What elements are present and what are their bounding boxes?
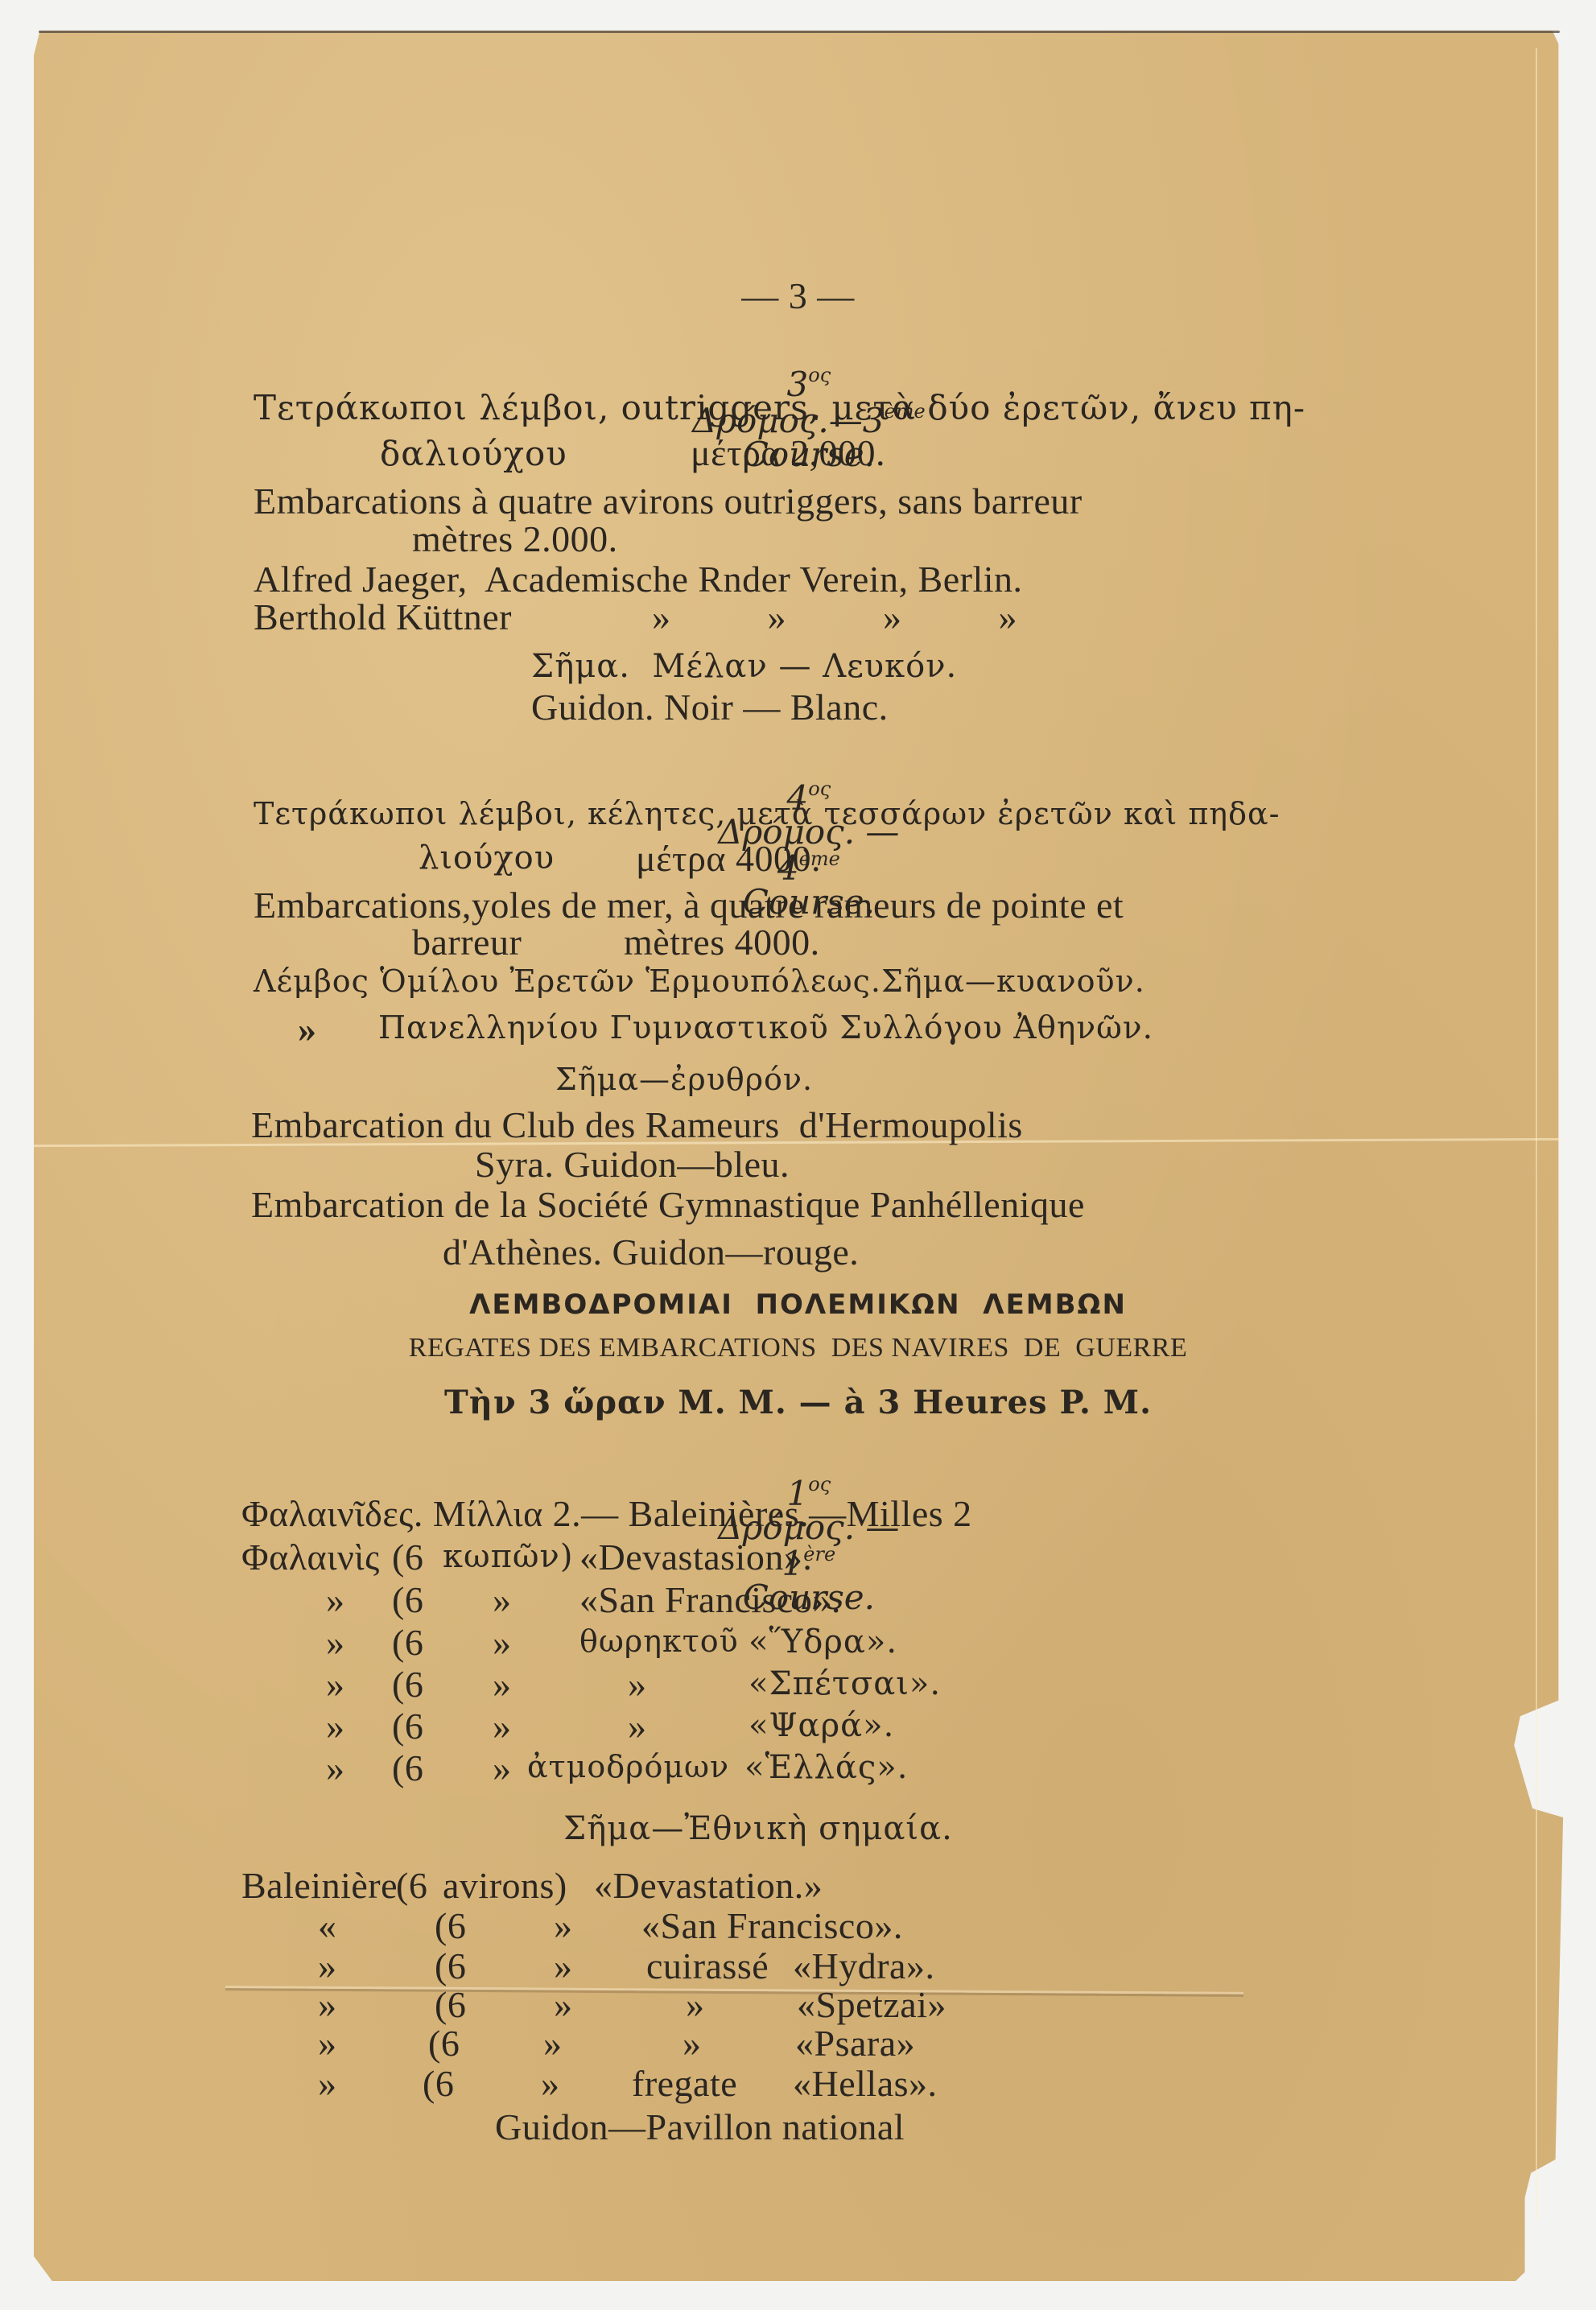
ordinal-suffix: ος — [808, 1473, 831, 1495]
entry-row-unit: κωπῶν) — [443, 1541, 573, 1573]
entry-row-vessel: «Hydra». — [793, 1948, 934, 1985]
entry-row-oars: (6 — [435, 1948, 466, 1985]
race4-entrant-1-french-cont: Syra. Guidon—bleu. — [475, 1146, 790, 1183]
entry-row-vessel: «Hellas». — [793, 2065, 938, 2102]
ditto-marks: » » » » — [652, 599, 1017, 636]
page-number: — 3 — — [0, 278, 1596, 315]
entry-row-unit: » — [493, 1708, 512, 1745]
ditto-mark: » — [298, 1011, 317, 1048]
entry-row-type: Φαλαινὶς — [241, 1539, 380, 1576]
warships-title-french: REGATES DES EMBARCATIONS DES NAVIRES DE … — [0, 1334, 1596, 1362]
entry-row-type: » — [326, 1708, 345, 1745]
entry-row-vessel: «Ἑλλάς». — [744, 1751, 908, 1784]
entry-row-unit: » — [554, 1948, 573, 1985]
entry-row-unit: » — [493, 1750, 512, 1787]
race4-distance-french: mètres 4000. — [624, 924, 820, 961]
paper-top-edge — [39, 31, 1560, 33]
race3-entrant-1: Alfred Jaeger, Academische Rnder Verein,… — [254, 561, 1023, 598]
entry-row-class: » — [628, 1708, 647, 1745]
race3-entrant-2: Berthold Küttner — [254, 599, 512, 636]
entry-row-oars: (6 — [435, 1908, 466, 1945]
entry-row-class: » — [628, 1666, 647, 1703]
warships-flag-greek: Σῆμα—Ἐθνικὴ σημαία. — [563, 1813, 953, 1845]
warships-title-greek: ΛΕΜΒΟΔΡΟΜΙΑΙ ΠΟΛΕΜΙΚΩΝ ΛΕΜΒΩΝ — [0, 1291, 1596, 1318]
race4-entrant-1-french: Embarcation du Club des Rameurs d'Hermou… — [251, 1107, 1023, 1144]
entry-row-oars: (6 — [392, 1666, 423, 1703]
race4-entrant-2-french-cont: d'Athènes. Guidon—rouge. — [443, 1234, 859, 1271]
race4-description-greek-cont: λιούχου — [419, 842, 555, 874]
entry-row-class: » — [686, 1986, 705, 2023]
race4-entrant-2-flag-greek: Σῆμα—ἐρυθρόν. — [555, 1064, 813, 1095]
entry-row-type: » — [318, 1986, 337, 2023]
entry-row-class: ἀτμοδρόμων — [527, 1751, 729, 1782]
entry-row-oars: (6 — [392, 1624, 423, 1661]
entry-row-vessel: «Spetzai» — [797, 1986, 946, 2023]
entry-row-unit: » — [493, 1582, 512, 1619]
entry-row-vessel: «Psara» — [795, 2025, 915, 2062]
start-time: Τὴν 3 ὥραν Μ. Μ. — à 3 Heures P. M. — [0, 1387, 1596, 1419]
entry-row-class: θωρηκτοῦ — [579, 1626, 739, 1656]
race3-description-greek-cont: δαλιούχου — [380, 437, 567, 471]
entry-row-unit: » — [554, 1908, 573, 1945]
race3-flag-french: Guidon. Noir — Blanc. — [531, 689, 889, 726]
entry-row-type: » — [318, 2065, 337, 2102]
entry-row-oars: (6 — [392, 1539, 423, 1576]
race4-cox-french: barreur — [412, 924, 522, 961]
entry-row-class: cuirassé — [646, 1948, 769, 1985]
entry-row-unit: » — [541, 2065, 560, 2102]
warships-flag-french: Guidon—Pavillon national — [495, 2109, 905, 2146]
entry-row-type: » — [326, 1750, 345, 1787]
entry-row-vessel: «San Francisco». — [641, 1908, 903, 1945]
ordinal-suffix: ος — [808, 364, 831, 386]
entry-row-unit: avirons) — [443, 1867, 567, 1904]
entry-row-type: » — [318, 2025, 337, 2062]
race3-description-french: Embarcations à quatre avirons outriggers… — [254, 483, 1083, 520]
entry-row-vessel: «Devastation.» — [594, 1867, 823, 1904]
race4-entrant-2-greek: Πανελληνίου Γυμναστικοῦ Συλλόγου Ἀθηνῶν. — [378, 1013, 1153, 1044]
entry-row-vessel: «Ὕδρα». — [749, 1626, 897, 1658]
entry-row-type: » — [326, 1582, 345, 1619]
entry-row-vessel: «San Francisco». — [579, 1582, 841, 1619]
entry-row-oars: (6 — [392, 1708, 423, 1745]
entry-row-class: » — [683, 2025, 702, 2062]
race3-distance-french: mètres 2.000. — [412, 521, 618, 558]
entry-row-type: Baleinière — [241, 1867, 398, 1904]
entry-row-type: » — [326, 1624, 345, 1661]
entry-row-unit: » — [493, 1624, 512, 1661]
race3-distance-greek: μέτρα 2,000. — [691, 435, 885, 472]
entry-row-unit: » — [543, 2025, 563, 2062]
entry-row-type: » — [326, 1666, 345, 1703]
entry-row-oars: (6 — [428, 2025, 460, 2062]
race3-description-greek: Τετράκωποι λέμβοι, outriggers, μετὰ δύο … — [254, 391, 1305, 425]
race4-description-french: Embarcations,yoles de mer, à quatre rame… — [254, 887, 1124, 924]
entry-row-oars: (6 — [396, 1867, 427, 1904]
entry-row-oars: (6 — [423, 2065, 454, 2102]
entry-row-oars: (6 — [392, 1582, 423, 1619]
entry-row-type: » — [318, 1948, 337, 1985]
race3-flag-greek: Σῆμα. Μέλαν — Λευκόν. — [531, 650, 957, 683]
entry-row-unit: » — [493, 1666, 512, 1703]
race4-entrant-1-greek: Λέμβος Ὁμίλου Ἐρετῶν Ἑρμουπόλεως.Σῆμα—κυ… — [254, 966, 1145, 996]
race4-description-greek: Τετράκωποι λέμβοι, κέλητες, μετὰ τεσσάρω… — [254, 798, 1280, 829]
race4-distance-greek: μέτρα 4000. — [636, 840, 821, 877]
entry-row-unit: » — [554, 1986, 573, 2023]
entry-row-class: fregate — [632, 2065, 737, 2102]
entry-row-vessel: «Devastasion». — [579, 1539, 812, 1576]
entry-row-vessel: «Σπέτσαι». — [749, 1668, 941, 1700]
entry-row-type: « — [318, 1908, 337, 1945]
entry-row-oars: (6 — [392, 1750, 423, 1787]
entry-row-oars: (6 — [435, 1986, 466, 2023]
entry-row-vessel: «Ψαρά». — [749, 1710, 894, 1742]
warships-race1-subtitle: Φαλαινῖδες. Μίλλια 2.— Baleinières.—Mill… — [241, 1495, 972, 1532]
race4-entrant-2-french: Embarcation de la Société Gymnastique Pa… — [251, 1186, 1085, 1223]
